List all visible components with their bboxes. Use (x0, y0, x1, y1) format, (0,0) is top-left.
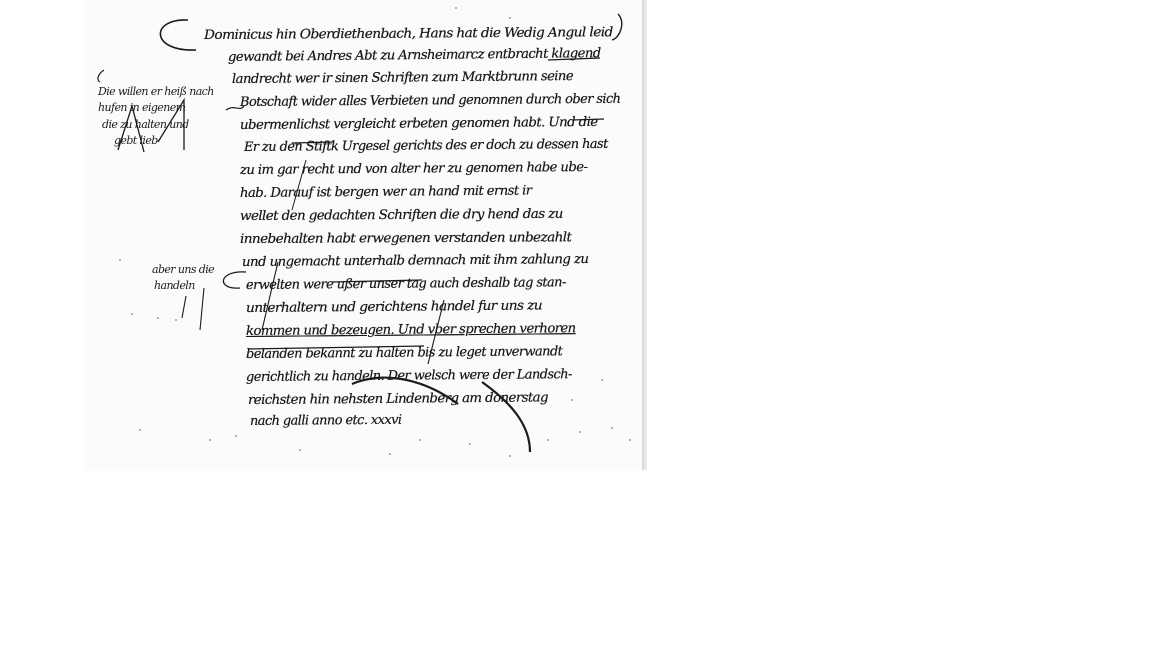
margin-note-line: aber uns die (152, 262, 214, 277)
manuscript-line: unterhaltern und gerichtens handel fur u… (246, 298, 542, 317)
margin-note-line: gebt lieb (114, 133, 158, 148)
manuscript-line: hab. Darauf ist bergen wer an hand mit e… (240, 183, 532, 202)
manuscript-line: Er zu den Stiftk Urgesel gerichts des er… (244, 137, 608, 156)
manuscript-line: wellet den gedachten Schriften die dry h… (240, 207, 563, 225)
manuscript-line: belanden bekannt zu halten bis zu leget … (246, 344, 562, 363)
manuscript-line: und ungemacht unterhalb demnach mit ihm … (242, 252, 589, 271)
manuscript-line: Dominicus hin Oberdiethenbach, Hans hat … (204, 25, 613, 44)
margin-note-line: die zu halten und (102, 117, 189, 132)
margin-note-line: Die willen er heiß nach (98, 84, 214, 99)
manuscript-line: zu im gar recht und von alter her zu gen… (240, 160, 587, 179)
manuscript-line: ubermenlichst vergleicht erbeten genomen… (240, 115, 598, 134)
manuscript-line: Botschaft wider alles Verbieten und geno… (240, 92, 621, 111)
margin-note-line: handeln (154, 278, 195, 293)
manuscript-line: gerichtlich zu handeln. Der welsch were … (246, 367, 572, 386)
scan-edge (642, 0, 647, 470)
manuscript-line: kommen und bezeugen. Und vber sprechen v… (246, 321, 576, 340)
manuscript-line: landrecht wer ir sinen Schriften zum Mar… (232, 69, 573, 88)
manuscript-line: erwelten were ußer unser tag auch deshal… (246, 275, 566, 294)
margin-note-line: hufen in eigenem (98, 100, 185, 115)
manuscript-line: innebehalten habt erwegenen verstanden u… (240, 230, 571, 248)
manuscript-line: nach galli anno etc. xxxvi (250, 413, 402, 430)
manuscript-line: reichsten hin nehsten Lindenberg am done… (248, 390, 548, 409)
